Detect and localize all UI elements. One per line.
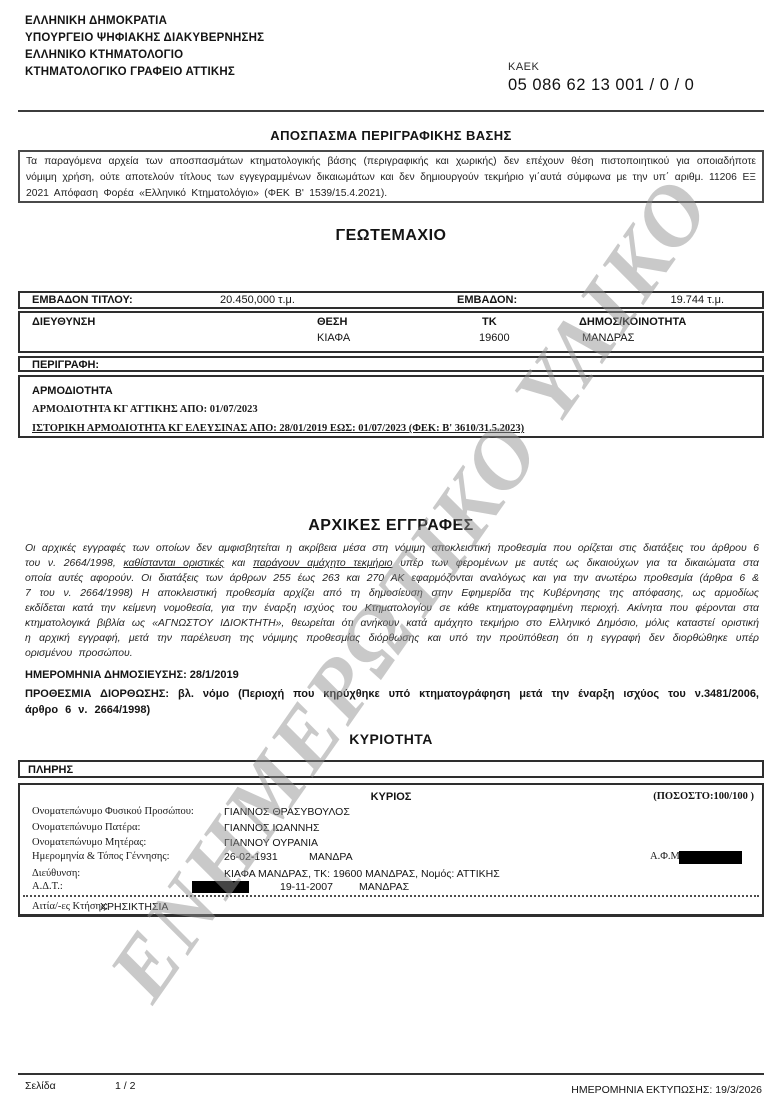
acquisition-cause-label: Αιτία/-ες Κτήσης:: [32, 901, 108, 912]
correction-deadline-line: ΠΡΟΘΕΣΜΙΑ ΔΙΟΡΘΩΣΗΣ: βλ. νόμο (Περιοχή π…: [25, 687, 759, 718]
publication-date-line: ΗΜΕΡΟΜΗΝΙΑ ΔΗΜΟΣΙΕΥΣΗΣ:28/1/2019: [25, 669, 242, 681]
address-label: ΔΙΕΥΘΥΝΣΗ: [32, 316, 95, 328]
paragraph-text: υπέρ των φερομένων με αυτές ως δικαιούχω…: [25, 558, 759, 659]
jurisdiction-current-line: ΑΡΜΟΔΙΟΤΗΤΑ ΚΓ ΑΤΤΙΚΗΣ ΑΠΟ: 01/07/2023: [32, 404, 258, 415]
adt-redacted-value: [192, 881, 249, 893]
adt-issue-place: ΜΑΝΔΡΑΣ: [359, 881, 409, 893]
document-title: ΑΠΟΣΠΑΣΜΑ ΠΕΡΙΓΡΑΦΙΚΗΣ ΒΑΣΗΣ: [0, 128, 782, 143]
disclaimer-text: Τα παραγόμενα αρχεία των αποσπασμάτων κτ…: [18, 150, 764, 203]
kaek-value: 05 086 62 13 001 / 0 / 0: [508, 76, 694, 95]
location-value: ΚΙΑΦΑ: [317, 332, 350, 344]
location-label: ΘΕΣΗ: [317, 316, 347, 328]
description-label: ΠΕΡΙΓΡΑΦΗ:: [32, 359, 99, 371]
page-label: Σελίδα: [25, 1080, 56, 1092]
description-row: ΠΕΡΙΓΡΑΦΗ:: [18, 356, 764, 372]
municipality-value: ΜΑΝΔΡΑΣ: [582, 332, 634, 344]
jurisdiction-historic-line: ΙΣΤΟΡΙΚΗ ΑΡΜΟΔΙΟΤΗΤΑ ΚΓ ΕΛΕΥΣΙΝΑΣ ΑΠΟ: 2…: [32, 423, 524, 434]
municipality-label: ΔΗΜΟΣ/ΚΟΙΝΟΤΗΤΑ: [579, 316, 686, 328]
owner-details-box: ΚΥΡΙΟΣ (ΠΟΣΟΣΤΟ:100/100 ) Ονοματεπώνυμο …: [18, 783, 764, 917]
section-title-parcel: ΓΕΩΤΕΜΑΧΙΟ: [0, 227, 782, 245]
ownership-type-row: ΠΛΗΡΗΣ: [18, 760, 764, 778]
ownership-percentage: (ΠΟΣΟΣΤΟ:100/100 ): [653, 791, 754, 802]
paragraph-text: και: [224, 558, 253, 569]
father-name-value: ΓΙΑΝΝΟΣ ΙΩΑΝΝΗΣ: [224, 822, 319, 834]
mother-name-value: ΓΙΑΝΝΟΥ ΟΥΡΑΝΙΑ: [224, 837, 318, 849]
area-label: ΕΜΒΑΔΟΝ:: [457, 294, 517, 306]
header-line: ΥΠΟΥΡΓΕΙΟ ΨΗΦΙΑΚΗΣ ΔΙΑΚΥΒΕΡΝΗΣΗΣ: [25, 30, 264, 47]
address-field-label: Διεύθυνση:: [32, 868, 80, 879]
owner-name-value: ΓΙΑΝΝΟΣ ΘΡΑΣΥΒΟΥΛΟΣ: [224, 806, 350, 818]
address-field-value: ΚΙΑΦΑ ΜΑΝΔΡΑΣ, ΤΚ: 19600 ΜΑΝΔΡΑΣ, Νομός:…: [224, 868, 500, 880]
print-date-line: ΗΜΕΡΟΜΗΝΙΑ ΕΚΤΥΠΩΣΗΣ:19/3/2026: [568, 1084, 762, 1096]
area-title-value: 20.450,000 τ.μ.: [160, 294, 355, 306]
father-name-label: Ονοματεπώνυμο Πατέρα:: [32, 822, 140, 833]
header-divider: [18, 110, 764, 112]
initial-registrations-paragraph: Οι αρχικές εγγραφές των οποίων δεν αμφισ…: [25, 541, 759, 661]
ownership-type-label: ΠΛΗΡΗΣ: [28, 764, 73, 776]
jurisdiction-title: ΑΡΜΟΔΙΟΤΗΤΑ: [32, 385, 113, 397]
page-number: 1 / 2: [115, 1080, 135, 1092]
area-value: 19.744 τ.μ.: [671, 294, 725, 306]
area-row: ΕΜΒΑΔΟΝ ΤΙΤΛΟΥ: 20.450,000 τ.μ. ΕΜΒΑΔΟΝ:…: [18, 291, 764, 309]
postal-code-label: ΤΚ: [482, 316, 497, 328]
postal-code-value: 19600: [479, 332, 510, 344]
kaek-label: ΚΑΕΚ: [508, 61, 539, 73]
jurisdiction-box: ΑΡΜΟΔΙΟΤΗΤΑ ΑΡΜΟΔΙΟΤΗΤΑ ΚΓ ΑΤΤΙΚΗΣ ΑΠΟ: …: [18, 375, 764, 438]
footer-divider: [18, 1073, 764, 1075]
header-line: ΕΛΛΗΝΙΚΗ ΔΗΜΟΚΡΑΤΙΑ: [25, 13, 264, 30]
paragraph-underlined-text: καθίστανται οριστικές: [123, 558, 224, 569]
agency-header: ΕΛΛΗΝΙΚΗ ΔΗΜΟΚΡΑΤΙΑ ΥΠΟΥΡΓΕΙΟ ΨΗΦΙΑΚΗΣ Δ…: [25, 13, 264, 81]
print-date-value: 19/3/2026: [715, 1084, 762, 1096]
birth-place-value: ΜΑΝΔΡΑ: [309, 851, 353, 863]
print-date-label: ΗΜΕΡΟΜΗΝΙΑ ΕΚΤΥΠΩΣΗΣ:: [571, 1084, 712, 1096]
header-line: ΕΛΛΗΝΙΚΟ ΚΤΗΜΑΤΟΛΟΓΙΟ: [25, 47, 264, 64]
section-title-initial-registrations: ΑΡΧΙΚΕΣ ΕΓΓΡΑΦΕΣ: [0, 517, 782, 535]
owner-role-label: ΚΥΡΙΟΣ: [20, 791, 762, 803]
publication-date-value: 28/1/2019: [190, 669, 239, 681]
section-title-ownership: ΚΥΡΙΟΤΗΤΑ: [0, 731, 782, 747]
adt-label: Α.Δ.Τ.:: [32, 881, 63, 892]
dotted-divider: [23, 895, 759, 897]
publication-date-label: ΗΜΕΡΟΜΗΝΙΑ ΔΗΜΟΣΙΕΥΣΗΣ:: [25, 669, 187, 681]
paragraph-underlined-text: παράγουν αμάχητο τεκμήριο: [253, 558, 393, 569]
mother-name-label: Ονοματεπώνυμο Μητέρας:: [32, 837, 146, 848]
correction-deadline-label: ΠΡΟΘΕΣΜΙΑ ΔΙΟΡΘΩΣΗΣ:: [25, 688, 169, 700]
afm-redacted-value: [679, 851, 742, 864]
adt-issue-date: 19-11-2007: [280, 881, 333, 893]
header-line: ΚΤΗΜΑΤΟΛΟΓΙΚΟ ΓΡΑΦΕΙΟ ΑΤΤΙΚΗΣ: [25, 64, 264, 81]
birth-date-value: 26-02-1931: [224, 851, 278, 863]
cadastral-extract-page: ΕΝΗΜΕΡΩΤΙΚΟ ΥΛΙΚΟ ΕΛΛΗΝΙΚΗ ΔΗΜΟΚΡΑΤΙΑ ΥΠ…: [0, 0, 782, 1107]
acquisition-cause-value: ΧΡΗΣΙΚΤΗΣΙΑ: [100, 901, 168, 913]
address-row: ΔΙΕΥΘΥΝΣΗ ΘΕΣΗ ΚΙΑΦΑ ΤΚ 19600 ΔΗΜΟΣ/ΚΟΙΝ…: [18, 311, 764, 353]
owner-name-label: Ονοματεπώνυμο Φυσικού Προσώπου:: [32, 806, 194, 817]
area-title-label: ΕΜΒΑΔΟΝ ΤΙΤΛΟΥ:: [32, 294, 133, 306]
birth-label: Ημερομηνία & Τόπος Γέννησης:: [32, 851, 170, 862]
